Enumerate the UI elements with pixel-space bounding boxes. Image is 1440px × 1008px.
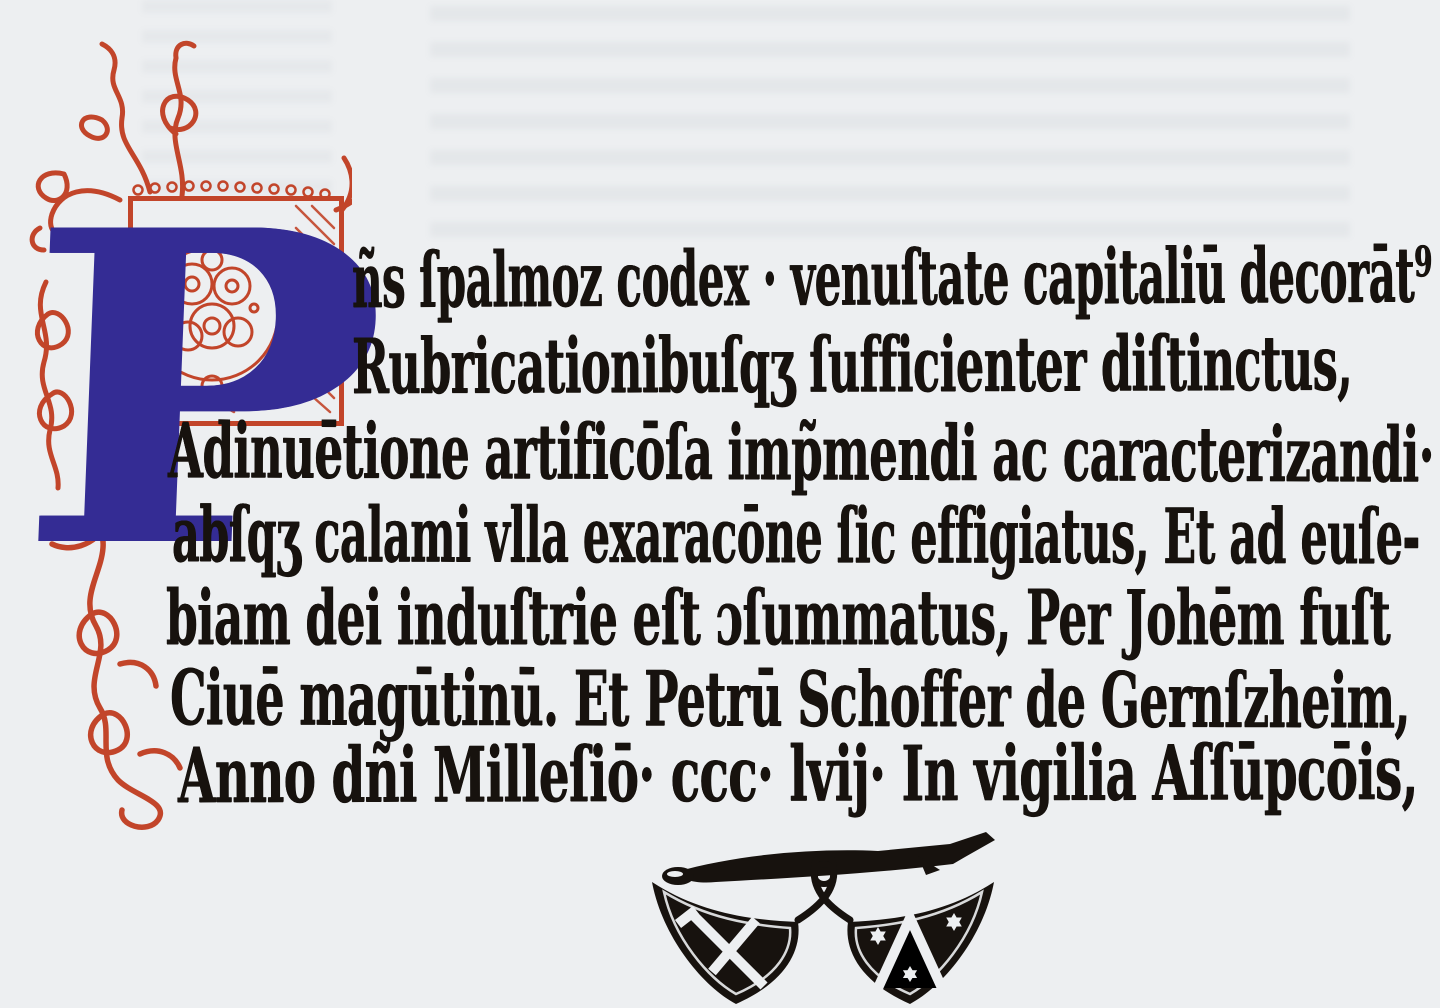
colophon-line-1: ñs ſpalmoz codex · venuſtate capitaliū d… bbox=[352, 237, 1432, 319]
branch-shape bbox=[662, 832, 995, 885]
right-shield bbox=[847, 882, 994, 1004]
psalter-page: P ñs ſpalmoz codex · venuſtate capitaliū… bbox=[0, 0, 1440, 1008]
colophon-line-2: Rubricationibuſqʒ ſufficienter diſtinctu… bbox=[352, 326, 1352, 405]
printer-device bbox=[618, 818, 1028, 1006]
colophon-line-7: Anno dñi Milleſiō· ccc· lvij· In vigilia… bbox=[178, 735, 1418, 814]
left-shield bbox=[652, 882, 799, 1004]
printer-device-graphic bbox=[618, 818, 1028, 1006]
colophon-line-3: Adinuētione artificōſa imp̃mendi ac cara… bbox=[168, 413, 1434, 493]
branch-knot-highlight bbox=[667, 871, 683, 877]
show-through-ghost-top bbox=[430, 6, 1350, 248]
colophon-line-4: abſqʒ calami vlla exaracōne ſic effigiat… bbox=[172, 497, 1420, 575]
colophon-line-5: biam dei induſtrie eſt ɔſummatus, Per Jo… bbox=[166, 580, 1390, 656]
